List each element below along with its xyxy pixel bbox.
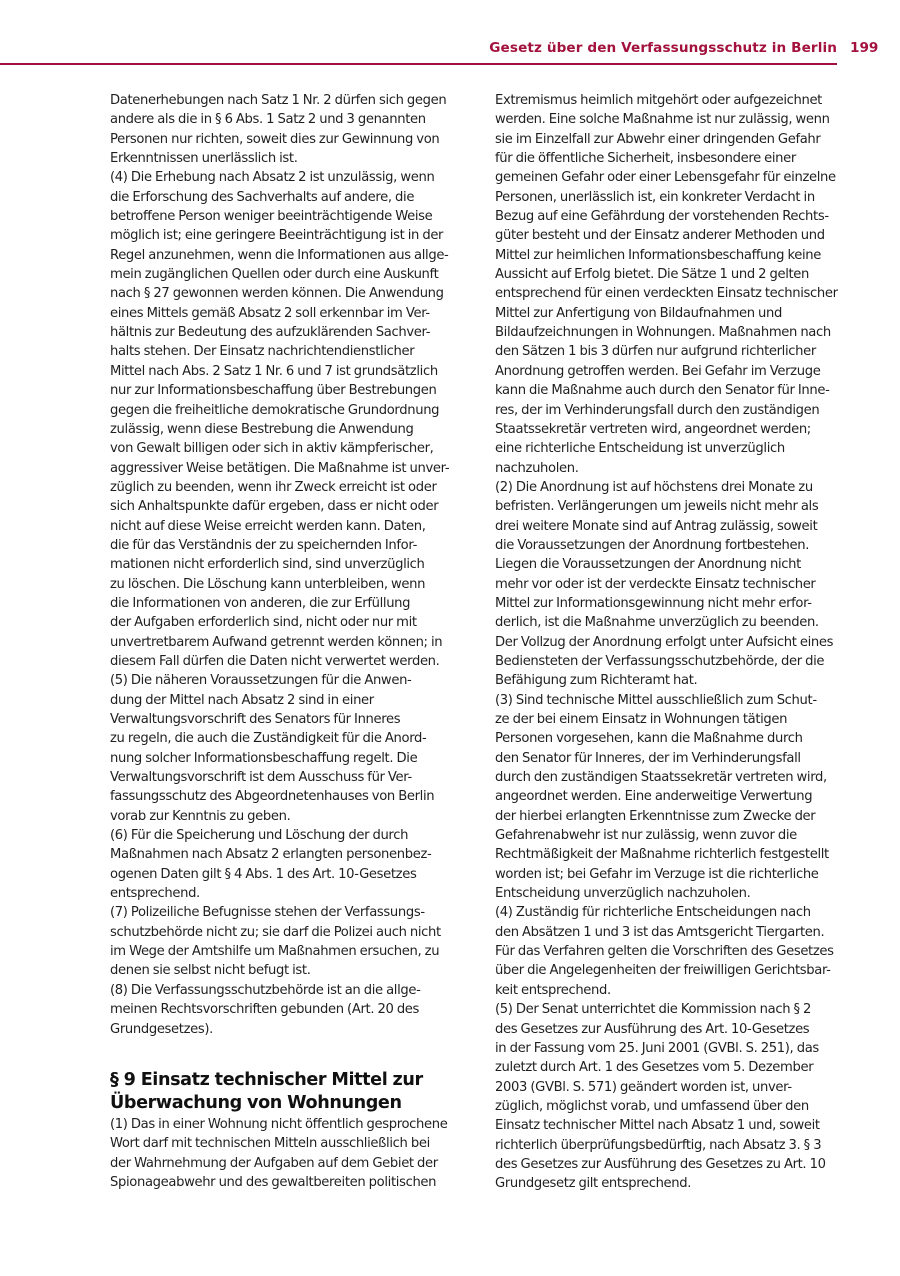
right-column: Extremismus heimlich mitgehört oder aufg…: [495, 91, 855, 1194]
text-line: Gefahrenabwehr ist nur zulässig, wenn zu…: [495, 826, 855, 845]
text-line: den Sätzen 1 bis 3 dürfen nur aufgrund r…: [495, 342, 855, 361]
text-line: entsprechend für einen verdeckten Einsat…: [495, 284, 855, 303]
text-line: Verwaltungsvorschrift ist dem Ausschuss …: [110, 768, 470, 787]
text-line: die Informationen von anderen, die zur E…: [110, 594, 470, 613]
text-line: den Absätzen 1 und 3 ist das Amtsgericht…: [495, 923, 855, 942]
text-line: mein zugänglichen Quellen oder durch ein…: [110, 265, 470, 284]
text-line: (1) Das in einer Wohnung nicht öffentlic…: [110, 1115, 470, 1134]
text-line: Extremismus heimlich mitgehört oder aufg…: [495, 91, 855, 110]
text-line: hältnis zur Bedeutung des aufzuklärenden…: [110, 323, 470, 342]
text-line: Entscheidung unverzüglich nachzuholen.: [495, 884, 855, 903]
left-column: Datenerhebungen nach Satz 1 Nr. 2 dürfen…: [110, 91, 470, 1192]
text-line: nachzuholen.: [495, 459, 855, 478]
text-line: Maßnahmen nach Absatz 2 erlangten person…: [110, 845, 470, 864]
text-line: andere als die in § 6 Abs. 1 Satz 2 und …: [110, 110, 470, 129]
text-line: Bildaufzeichnungen in Wohnungen. Maßnahm…: [495, 323, 855, 342]
text-line: Mittel zur Informationsgewinnung nicht m…: [495, 594, 855, 613]
text-line: richterlich überprüfungsbedürftig, nach …: [495, 1136, 855, 1155]
text-line: gemeinen Gefahr oder einer Lebensgefahr …: [495, 168, 855, 187]
text-line: eine richterliche Entscheidung ist unver…: [495, 439, 855, 458]
text-line: Mittel nach Abs. 2 Satz 1 Nr. 6 und 7 is…: [110, 362, 470, 381]
text-line: mehr vor oder ist der verdeckte Einsatz …: [495, 575, 855, 594]
text-line: Verwaltungsvorschrift des Senators für I…: [110, 710, 470, 729]
text-line: (5) Der Senat unterrichtet die Kommissio…: [495, 1000, 855, 1019]
text-line: unvertretbarem Aufwand getrennt werden k…: [110, 633, 470, 652]
text-line: worden ist; bei Gefahr im Verzuge ist di…: [495, 865, 855, 884]
text-line: zu löschen. Die Löschung kann unterbleib…: [110, 575, 470, 594]
text-line: Staatssekretär vertreten wird, angeordne…: [495, 420, 855, 439]
text-line: ogenen Daten gilt § 4 Abs. 1 des Art. 10…: [110, 865, 470, 884]
text-line: ze der bei einem Einsatz in Wohnungen tä…: [495, 710, 855, 729]
text-line: gegen die freiheitliche demokratische Gr…: [110, 401, 470, 420]
text-line: Spionageabwehr und des gewaltbereiten po…: [110, 1173, 470, 1192]
text-line: Erkenntnissen unerlässlich ist.: [110, 149, 470, 168]
text-line: derlich, ist die Maßnahme unverzüglich z…: [495, 613, 855, 632]
text-line: Anordnung getroffen werden. Bei Gefahr i…: [495, 362, 855, 381]
text-line: Grundgesetzes).: [110, 1020, 470, 1039]
text-line: zuletzt durch Art. 1 des Gesetzes vom 5.…: [495, 1058, 855, 1077]
text-line: (4) Die Erhebung nach Absatz 2 ist unzul…: [110, 168, 470, 187]
text-line: res, der im Verhinderungsfall durch den …: [495, 401, 855, 420]
text-line: durch den zuständigen Staatssekretär ver…: [495, 768, 855, 787]
text-line: (4) Zuständig für richterliche Entscheid…: [495, 903, 855, 922]
text-line: werden. Eine solche Maßnahme ist nur zul…: [495, 110, 855, 129]
text-line: Personen vorgesehen, kann die Maßnahme d…: [495, 729, 855, 748]
text-line: Der Vollzug der Anordnung erfolgt unter …: [495, 633, 855, 652]
text-line: Bezug auf eine Gefährdung der vorstehend…: [495, 207, 855, 226]
text-line: sie im Einzelfall zur Abwehr einer dring…: [495, 130, 855, 149]
text-line: meinen Rechtsvorschriften gebunden (Art.…: [110, 1000, 470, 1019]
text-line: nicht auf diese Weise erreicht werden ka…: [110, 517, 470, 536]
text-line: die Voraussetzungen der Anordnung fortbe…: [495, 536, 855, 555]
text-line: keit entsprechend.: [495, 981, 855, 1000]
text-line: güter besteht und der Einsatz anderer Me…: [495, 226, 855, 245]
text-line: zu regeln, die auch die Zuständigkeit fü…: [110, 729, 470, 748]
text-line: kann die Maßnahme auch durch den Senator…: [495, 381, 855, 400]
text-line: der Wahrnehmung der Aufgaben auf dem Geb…: [110, 1154, 470, 1173]
text-line: in der Fassung vom 25. Juni 2001 (GVBl. …: [495, 1039, 855, 1058]
text-line: eines Mittels gemäß Absatz 2 soll erkenn…: [110, 304, 470, 323]
text-line: (5) Die näheren Voraussetzungen für die …: [110, 671, 470, 690]
text-line: der hierbei erlangten Erkenntnisse zum Z…: [495, 807, 855, 826]
text-line: Datenerhebungen nach Satz 1 Nr. 2 dürfen…: [110, 91, 470, 110]
text-line: Regel anzunehmen, wenn die Informationen…: [110, 246, 470, 265]
text-line: Befähigung zum Richteramt hat.: [495, 671, 855, 690]
text-line: Liegen die Voraussetzungen der Anordnung…: [495, 555, 855, 574]
text-line: diesem Fall dürfen die Daten nicht verwe…: [110, 652, 470, 671]
text-line: züglich zu beenden, wenn ihr Zweck errei…: [110, 478, 470, 497]
heading-line: Überwachung von Wohnungen: [110, 1092, 470, 1115]
text-line: Mittel zur heimlichen Informationsbescha…: [495, 246, 855, 265]
text-line: (6) Für die Speicherung und Löschung der…: [110, 826, 470, 845]
text-line: aggressiver Weise betätigen. Die Maßnahm…: [110, 459, 470, 478]
text-line: betroffene Person weniger beeinträchtige…: [110, 207, 470, 226]
text-line: Für das Verfahren gelten die Vorschrifte…: [495, 942, 855, 961]
text-line: der Aufgaben erforderlich sind, nicht od…: [110, 613, 470, 632]
text-line: angeordnet werden. Eine anderweitige Ver…: [495, 787, 855, 806]
text-line: die Erforschung des Sachverhalts auf and…: [110, 188, 470, 207]
text-line: zulässig, wenn diese Bestrebung die Anwe…: [110, 420, 470, 439]
text-line: schutzbehörde nicht zu; sie darf die Pol…: [110, 923, 470, 942]
text-line: von Gewalt billigen oder sich in aktiv k…: [110, 439, 470, 458]
text-line: Rechtmäßigkeit der Maßnahme richterlich …: [495, 845, 855, 864]
text-line: (8) Die Verfassungsschutzbehörde ist an …: [110, 981, 470, 1000]
text-line: entsprechend.: [110, 884, 470, 903]
text-line: für die öffentliche Sicherheit, insbeson…: [495, 149, 855, 168]
page-number: 199: [850, 40, 878, 56]
text-line: drei weitere Monate sind auf Antrag zulä…: [495, 517, 855, 536]
text-line: Personen nur richten, soweit dies zur Ge…: [110, 130, 470, 149]
text-line: mationen nicht erforderlich sind, sind u…: [110, 555, 470, 574]
text-line: denen sie selbst nicht befugt ist.: [110, 961, 470, 980]
text-line: des Gesetzes zur Ausführung des Art. 10-…: [495, 1020, 855, 1039]
text-line: Wort darf mit technischen Mitteln aussch…: [110, 1134, 470, 1153]
text-line: (3) Sind technische Mittel ausschließlic…: [495, 691, 855, 710]
text-line: im Wege der Amtshilfe um Maßnahmen ersuc…: [110, 942, 470, 961]
text-line: 2003 (GVBl. S. 571) geändert worden ist,…: [495, 1078, 855, 1097]
text-line: Grundgesetz gilt entsprechend.: [495, 1174, 855, 1193]
text-line: Personen, unerlässlich ist, ein konkrete…: [495, 188, 855, 207]
text-line: sich Anhaltspunkte dafür ergeben, dass e…: [110, 497, 470, 516]
text-line: nach § 27 gewonnen werden können. Die An…: [110, 284, 470, 303]
running-head: Gesetz über den Verfassungsschutz in Ber…: [0, 38, 900, 68]
text-line: halts stehen. Der Einsatz nachrichtendie…: [110, 342, 470, 361]
text-line: Aussicht auf Erfolg bietet. Die Sätze 1 …: [495, 265, 855, 284]
left-column-body-continued: (1) Das in einer Wohnung nicht öffentlic…: [110, 1115, 470, 1192]
text-line: über die Angelegenheiten der freiwillige…: [495, 961, 855, 980]
text-line: die für das Verständnis der zu speichern…: [110, 536, 470, 555]
heading-line: § 9 Einsatz technischer Mittel zur: [110, 1069, 470, 1092]
text-line: des Gesetzes zur Ausführung des Gesetzes…: [495, 1155, 855, 1174]
left-column-body: Datenerhebungen nach Satz 1 Nr. 2 dürfen…: [110, 91, 470, 1039]
text-line: Einsatz technischer Mittel nach Absatz 1…: [495, 1116, 855, 1135]
text-line: den Senator für Inneres, der im Verhinde…: [495, 749, 855, 768]
right-column-body: Extremismus heimlich mitgehört oder aufg…: [495, 91, 855, 1194]
text-line: (7) Polizeiliche Befugnisse stehen der V…: [110, 903, 470, 922]
text-line: nung solcher Informationsbeschaffung reg…: [110, 749, 470, 768]
section-heading: § 9 Einsatz technischer Mittel zurÜberwa…: [110, 1069, 470, 1115]
text-line: vorab zur Kenntnis zu geben.: [110, 807, 470, 826]
text-line: (2) Die Anordnung ist auf höchstens drei…: [495, 478, 855, 497]
text-line: Bediensteten der Verfassungsschutzbehörd…: [495, 652, 855, 671]
text-line: möglich ist; eine geringere Beeinträchti…: [110, 226, 470, 245]
text-line: befristen. Verlängerungen um jeweils nic…: [495, 497, 855, 516]
text-line: dung der Mittel nach Absatz 2 sind in ei…: [110, 691, 470, 710]
header-rule: [0, 63, 837, 65]
text-line: Mittel zur Anfertigung von Bildaufnahmen…: [495, 304, 855, 323]
text-line: züglich, möglichst vorab, und umfassend …: [495, 1097, 855, 1116]
running-title: Gesetz über den Verfassungsschutz in Ber…: [489, 40, 837, 56]
text-line: fassungsschutz des Abgeordnetenhauses vo…: [110, 787, 470, 806]
text-line: nur zur Informationsbeschaffung über Bes…: [110, 381, 470, 400]
